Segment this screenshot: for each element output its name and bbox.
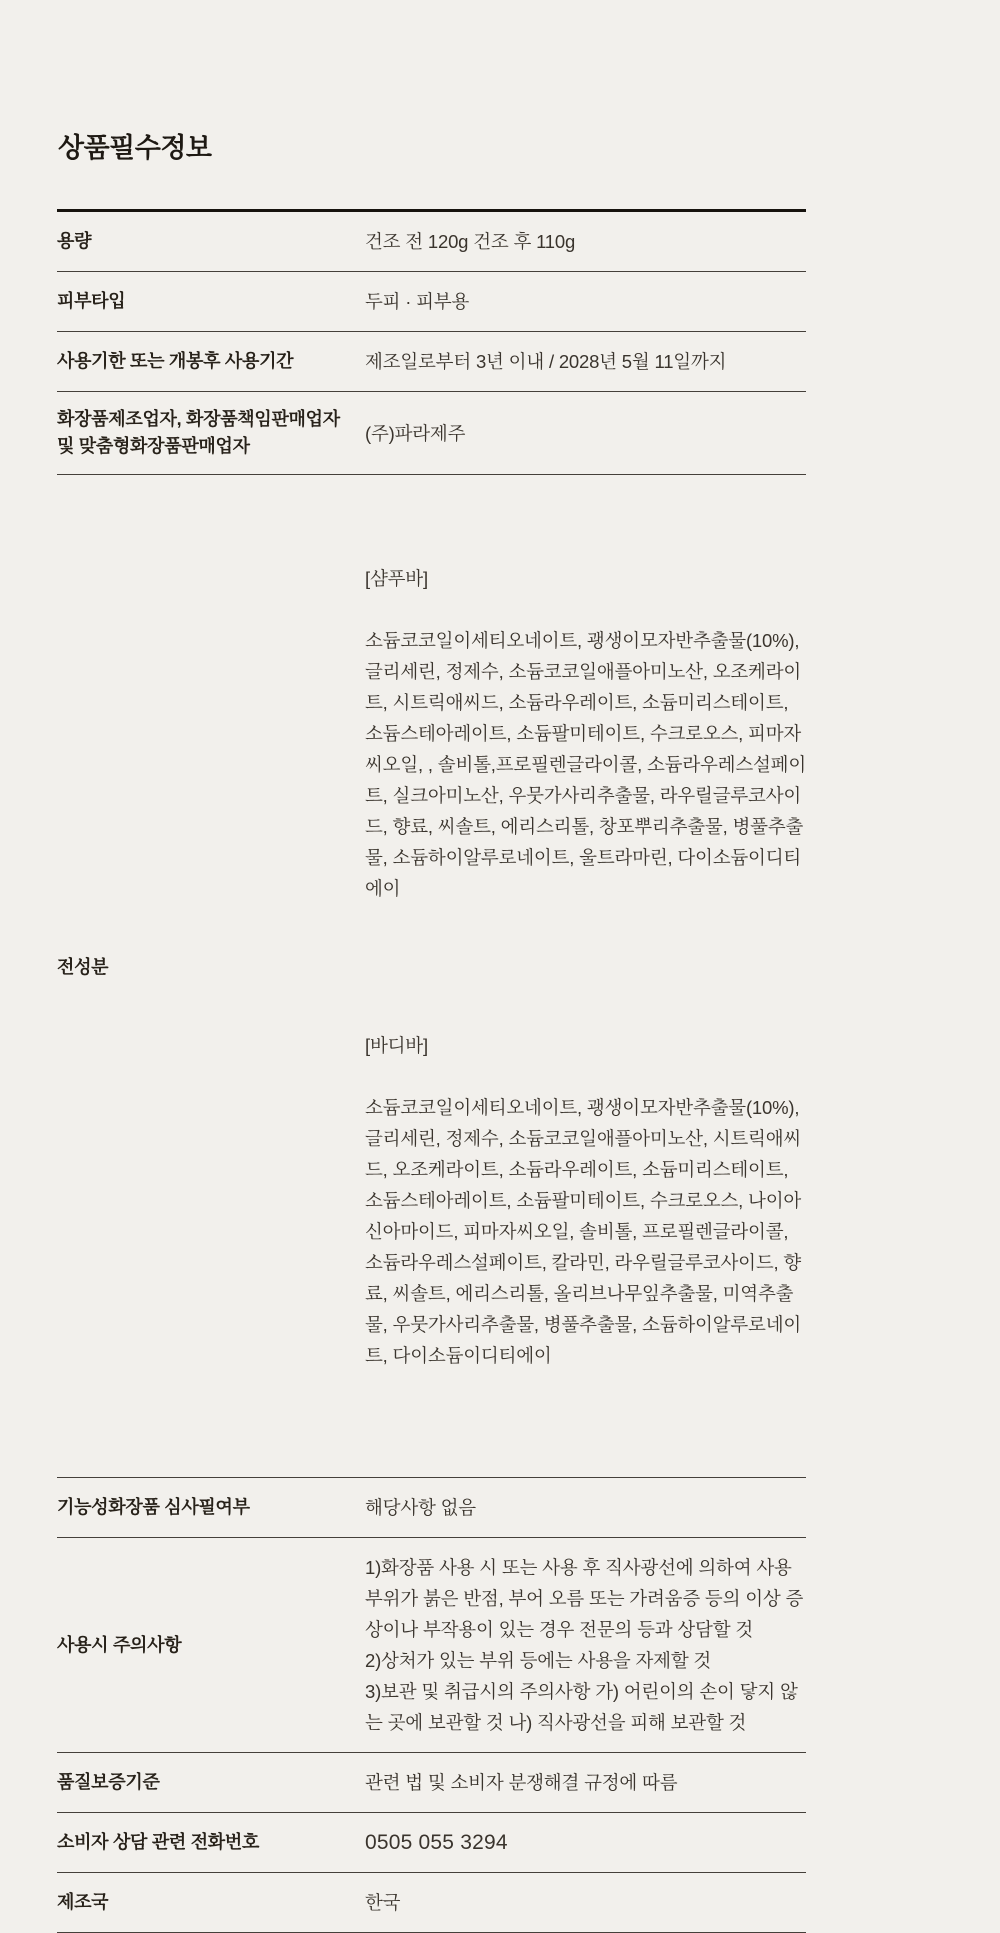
row-value: (주)파라제주 bbox=[365, 418, 806, 449]
row-value: 관련 법 및 소비자 분쟁해결 규정에 따름 bbox=[365, 1767, 806, 1798]
product-info-sheet: 상품필수정보 용량 건조 전 120g 건조 후 110g 피부타입 두피 · … bbox=[0, 0, 1000, 1933]
row-label: 용량 bbox=[57, 228, 365, 255]
row-value: 1)화장품 사용 시 또는 사용 후 직사광선에 의하여 사용 부위가 붉은 반… bbox=[365, 1552, 806, 1738]
row-value: 두피 · 피부용 bbox=[365, 286, 806, 317]
table-row-country-of-origin: 제조국 한국 bbox=[57, 1873, 806, 1933]
row-label: 제조국 bbox=[57, 1889, 365, 1916]
row-value: 건조 전 120g 건조 후 110g bbox=[365, 226, 806, 257]
ingredients-body-bar-heading: [바디바] bbox=[365, 1030, 806, 1061]
table-row-cautions: 사용시 주의사항 1)화장품 사용 시 또는 사용 후 직사광선에 의하여 사용… bbox=[57, 1538, 806, 1753]
ingredients-shampoo-bar-heading: [샴푸바] bbox=[365, 563, 806, 594]
row-label: 사용기한 또는 개봉후 사용기간 bbox=[57, 348, 365, 375]
row-value: 제조일로부터 3년 이내 / 2028년 5월 11일까지 bbox=[365, 346, 806, 377]
table-row-skin-type: 피부타입 두피 · 피부용 bbox=[57, 272, 806, 332]
row-label: 피부타입 bbox=[57, 288, 365, 315]
row-label: 품질보증기준 bbox=[57, 1769, 365, 1796]
ingredients-body-bar-text: 소듐코코일이세티오네이트, 괭생이모자반추출물(10%), 글리세린, 정제수,… bbox=[365, 1092, 806, 1371]
row-label: 소비자 상담 관련 전화번호 bbox=[57, 1829, 365, 1856]
table-row-customer-phone: 소비자 상담 관련 전화번호 0505 055 3294 bbox=[57, 1813, 806, 1873]
table-row-capacity: 용량 건조 전 120g 건조 후 110g bbox=[57, 212, 806, 272]
product-info-table: 용량 건조 전 120g 건조 후 110g 피부타입 두피 · 피부용 사용기… bbox=[57, 209, 806, 1933]
ingredients-shampoo-bar-text: 소듐코코일이세티오네이트, 괭생이모자반추출물(10%), 글리세린, 정제수,… bbox=[365, 625, 806, 904]
table-row-expiration: 사용기한 또는 개봉후 사용기간 제조일로부터 3년 이내 / 2028년 5월… bbox=[57, 332, 806, 392]
row-value: 해당사항 없음 bbox=[365, 1492, 806, 1523]
table-row-quality-guarantee: 품질보증기준 관련 법 및 소비자 분쟁해결 규정에 따름 bbox=[57, 1753, 806, 1813]
table-row-manufacturer: 화장품제조업자, 화장품책임판매업자 및 맞춤형화장품판매업자 (주)파라제주 bbox=[57, 392, 806, 475]
row-value: 0505 055 3294 bbox=[365, 1827, 806, 1858]
ingredients-body-bar: [바디바] 소듐코코일이세티오네이트, 괭생이모자반추출물(10%), 글리세린… bbox=[365, 999, 806, 1402]
row-value-ingredients: [샴푸바] 소듐코코일이세티오네이트, 괭생이모자반추출물(10%), 글리세린… bbox=[365, 501, 806, 1433]
row-label: 기능성화장품 심사필여부 bbox=[57, 1494, 365, 1521]
ingredients-shampoo-bar: [샴푸바] 소듐코코일이세티오네이트, 괭생이모자반추출물(10%), 글리세린… bbox=[365, 532, 806, 935]
row-label: 사용시 주의사항 bbox=[57, 1632, 365, 1659]
table-row-functional-review: 기능성화장품 심사필여부 해당사항 없음 bbox=[57, 1478, 806, 1538]
page-title: 상품필수정보 bbox=[58, 126, 806, 165]
row-label: 화장품제조업자, 화장품책임판매업자 및 맞춤형화장품판매업자 bbox=[57, 406, 365, 460]
row-value: 한국 bbox=[365, 1887, 806, 1918]
table-row-ingredients: 전성분 [샴푸바] 소듐코코일이세티오네이트, 괭생이모자반추출물(10%), … bbox=[57, 475, 806, 1478]
row-label: 전성분 bbox=[57, 954, 365, 981]
